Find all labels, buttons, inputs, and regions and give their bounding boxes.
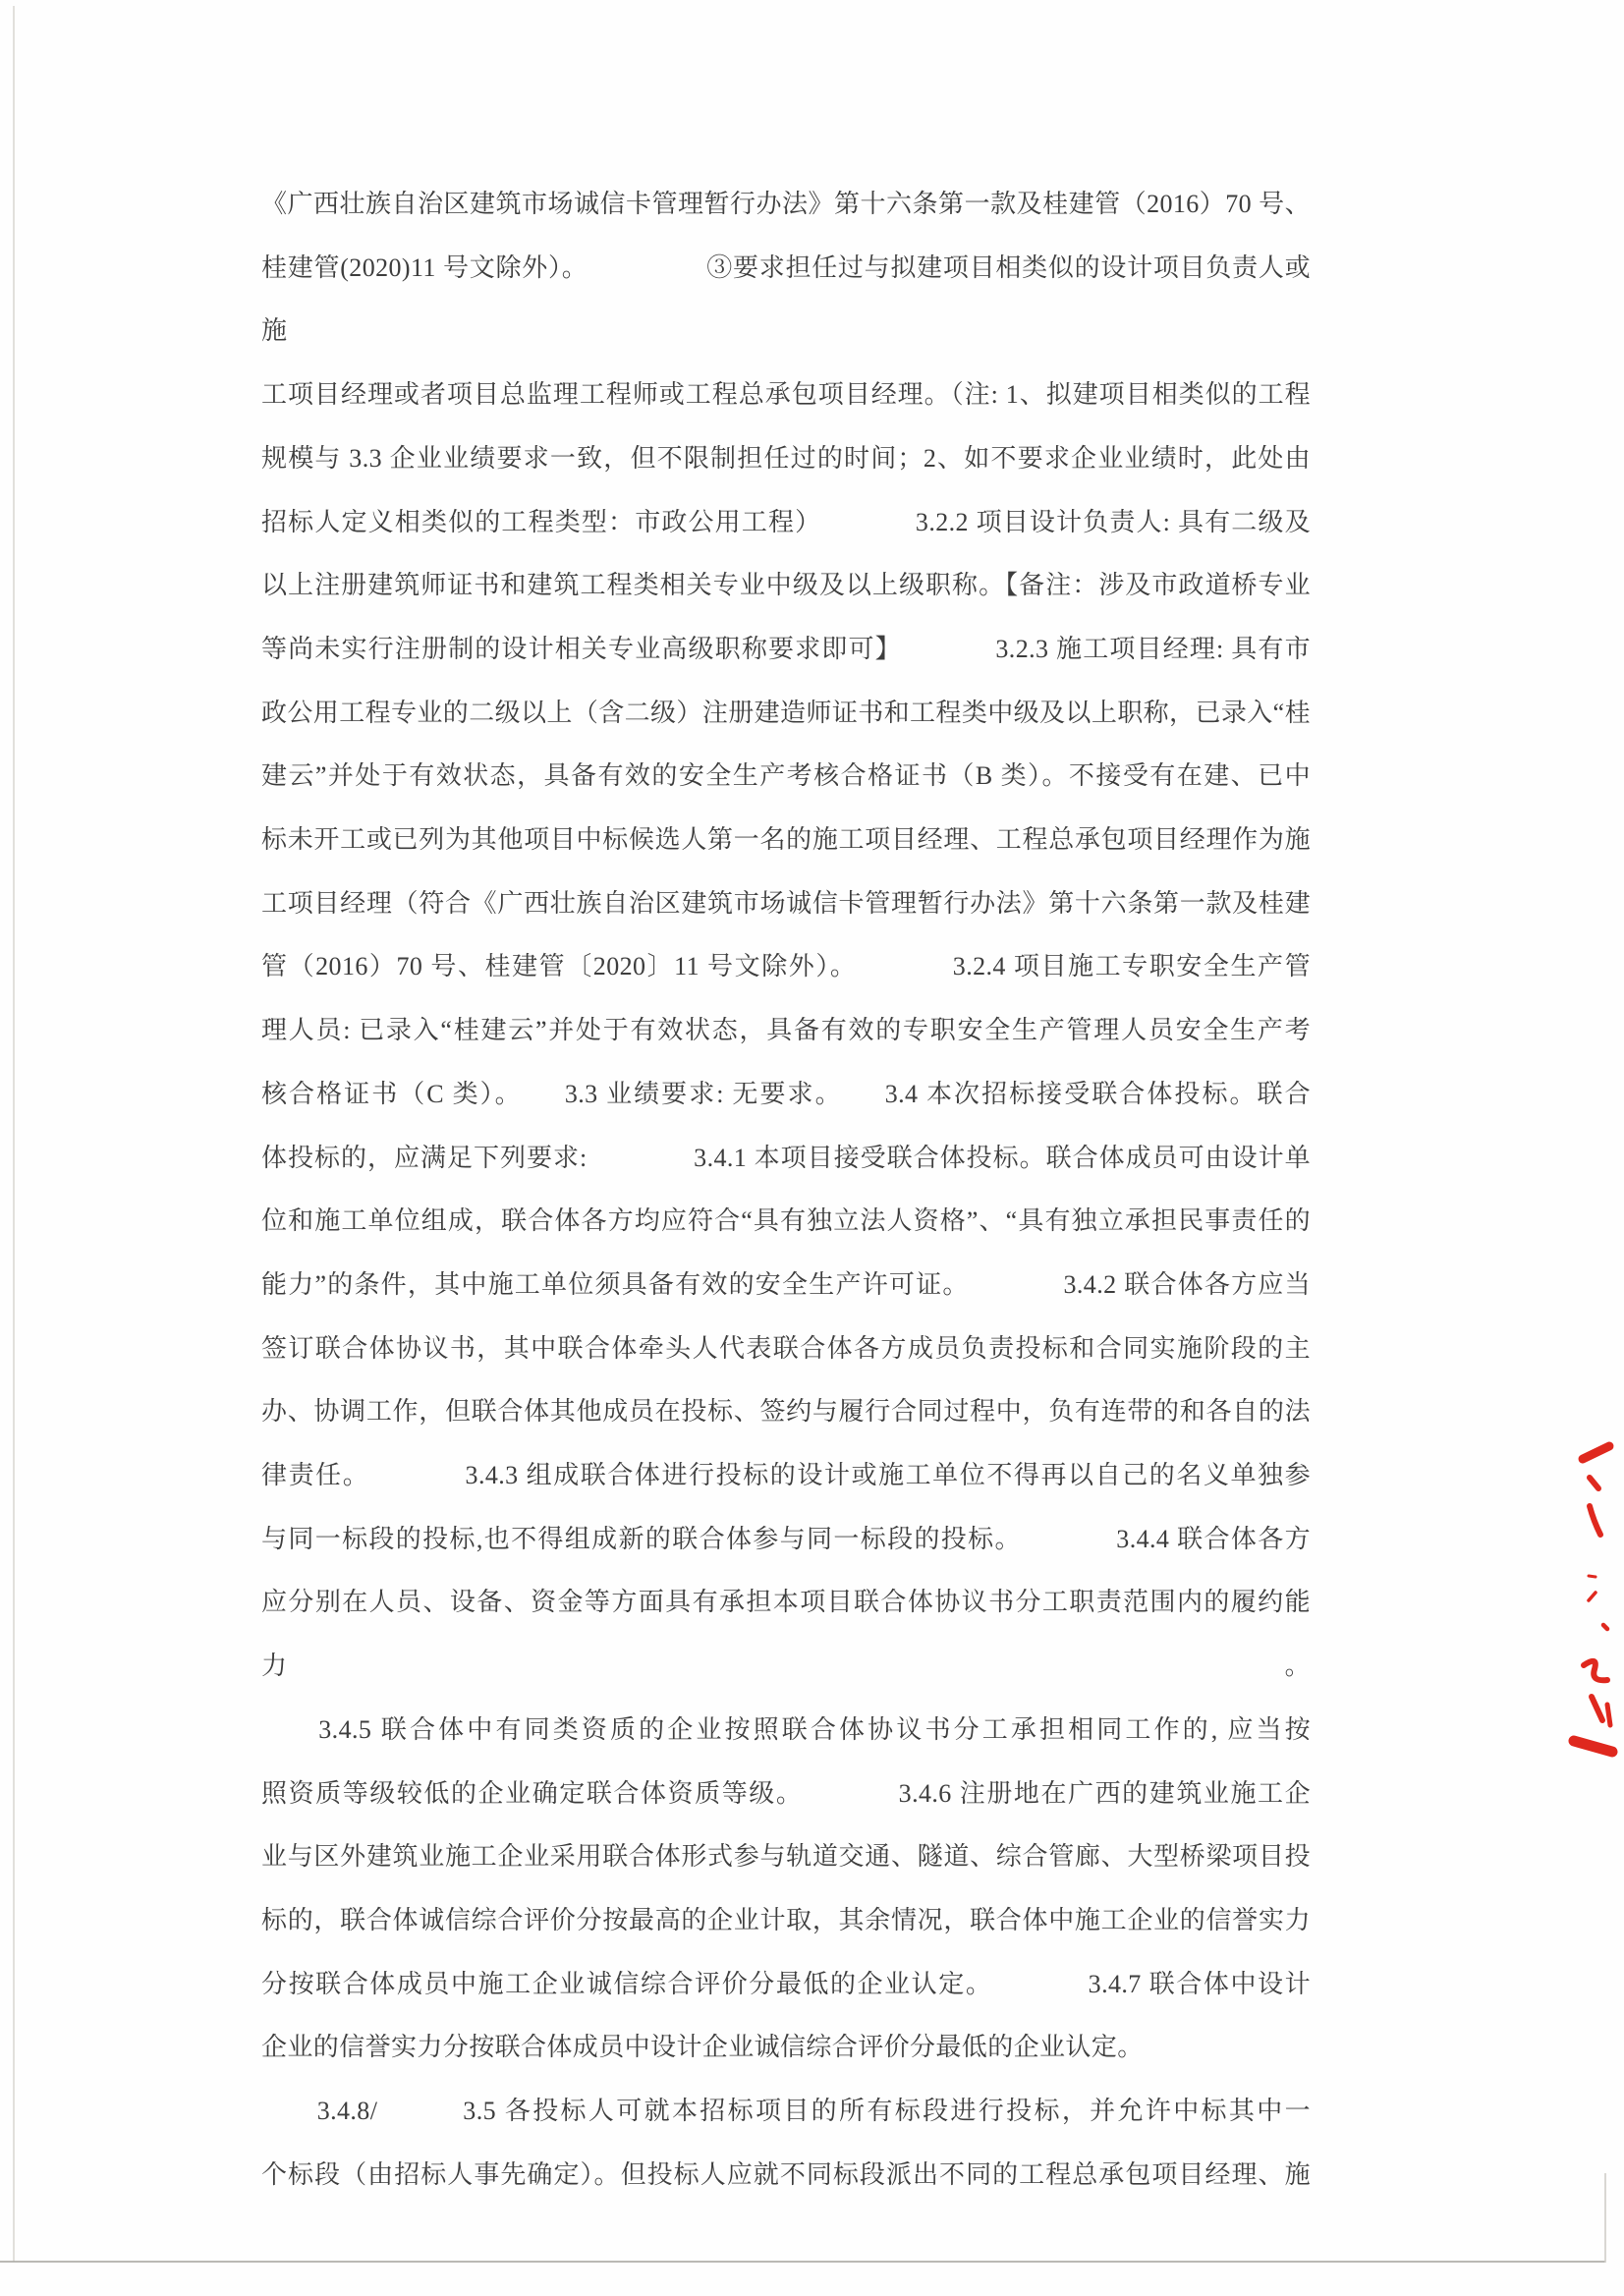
document-text-block: 《广西壮族自治区建筑市场诚信卡管理暂行办法》第十六条第一款及桂建管（2016）7…: [261, 173, 1311, 2208]
text-line: 体投标的，应满足下列要求: 3.4.1 本项目接受联合体投标。联合体成员可由设计…: [261, 1127, 1311, 1191]
red-pen-stroke: [1589, 1593, 1596, 1600]
text-line: 以上注册建筑师证书和建筑工程类相关专业中级及以上级职称。【备注：涉及市政道桥专业: [261, 554, 1311, 618]
text-line: 工项目经理或者项目总监理工程师或工程总承包项目经理。（注: 1、拟建项目相类似的…: [261, 364, 1311, 427]
red-pen-stroke: [1592, 1697, 1602, 1720]
text-line: 工项目经理（符合《广西壮族自治区建筑市场诚信卡管理暂行办法》第十六条第一款及桂建: [261, 872, 1311, 936]
text-line: 3.4.8/ 3.5 各投标人可就本招标项目的所有标段进行投标，并允许中标其中一: [261, 2080, 1311, 2144]
text-line: 建云”并处于有效状态，具备有效的安全生产考核合格证书（B 类）。不接受有在建、已…: [261, 745, 1311, 809]
text-line: 标的，联合体诚信综合评价分按最高的企业计取，其余情况，联合体中施工企业的信誉实力: [261, 1889, 1311, 1953]
red-pen-stroke: [1583, 1446, 1609, 1459]
text-line: 签订联合体协议书，其中联合体牵头人代表联合体各方成员负责投标和合同实施阶段的主: [261, 1317, 1311, 1381]
red-pen-stroke: [1603, 1625, 1607, 1629]
red-pen-stroke: [1590, 1506, 1600, 1535]
red-pen-stroke: [1607, 1705, 1610, 1725]
red-pen-annotation: [1562, 1429, 1624, 1768]
text-line: 分按联合体成员中施工企业诚信综合评价分最低的企业认定。 3.4.7 联合体中设计: [261, 1953, 1311, 2017]
red-pen-stroke: [1590, 1478, 1598, 1488]
text-line: 管（2016）70 号、桂建管〔2020〕11 号文除外）。 3.2.4 项目施…: [261, 935, 1311, 999]
text-line: 规模与 3.3 企业业绩要求一致，但不限制担任过的时间；2、如不要求企业业绩时，…: [261, 427, 1311, 491]
text-line: 理人员: 已录入“桂建云”并处于有效状态，具备有效的专职安全生产管理人员安全生产…: [261, 999, 1311, 1063]
scan-bottom-edge-line: [0, 2261, 1605, 2263]
red-pen-stroke: [1584, 1661, 1607, 1680]
text-line: 办、协调工作，但联合体其他成员在投标、签约与履行合同过程中，负有连带的和各自的法: [261, 1380, 1311, 1444]
text-line: 标未开工或已列为其他项目中标候选人第一名的施工项目经理、工程总承包项目经理作为施: [261, 809, 1311, 872]
text-line: 律责任。 3.4.3 组成联合体进行投标的设计或施工单位不得再以自己的名义单独参: [261, 1444, 1311, 1508]
text-line: 与同一标段的投标,也不得组成新的联合体参与同一标段的投标。 3.4.4 联合体各…: [261, 1508, 1311, 1572]
text-line: 应分别在人员、设备、资金等方面具有承担本项目联合体协议书分工职责范围内的履约能力…: [261, 1571, 1311, 1698]
scan-left-edge-line: [13, 6, 15, 2262]
text-line: 政公用工程专业的二级以上（含二级）注册建造师证书和工程类中级及以上职称，已录入“…: [261, 682, 1311, 746]
text-line: 能力”的条件，其中施工单位须具备有效的安全生产许可证。 3.4.2 联合体各方应…: [261, 1254, 1311, 1317]
text-line: 3.4.5 联合体中有同类资质的企业按照联合体协议书分工承担相同工作的, 应当按: [261, 1699, 1311, 1763]
red-pen-stroke: [1574, 1741, 1612, 1752]
text-line: 个标段（由招标人事先确定）。但投标人应就不同标段派出不同的工程总承包项目经理、施: [261, 2144, 1311, 2208]
text-line: 等尚未实行注册制的设计相关专业高级职称要求即可】 3.2.3 施工项目经理: 具…: [261, 618, 1311, 682]
text-line: 桂建管(2020)11 号文除外）。 ③要求担任过与拟建项目相类似的设计项目负责…: [261, 237, 1311, 364]
text-line: 招标人定义相类似的工程类型：市政公用工程） 3.2.2 项目设计负责人: 具有二…: [261, 491, 1311, 555]
text-line: 核合格证书（C 类）。 3.3 业绩要求: 无要求。 3.4 本次招标接受联合体…: [261, 1063, 1311, 1127]
scan-right-edge-line: [1604, 2173, 1606, 2263]
red-pen-stroke: [1589, 1576, 1596, 1577]
text-line: 照资质等级较低的企业确定联合体资质等级。 3.4.6 注册地在广西的建筑业施工企: [261, 1763, 1311, 1826]
scanned-document-page: 《广西壮族自治区建筑市场诚信卡管理暂行办法》第十六条第一款及桂建管（2016）7…: [0, 0, 1624, 2296]
text-line: 《广西壮族自治区建筑市场诚信卡管理暂行办法》第十六条第一款及桂建管（2016）7…: [261, 173, 1311, 237]
text-line: 企业的信誉实力分按联合体成员中设计企业诚信综合评价分最低的企业认定。: [261, 2016, 1311, 2080]
text-line: 位和施工单位组成，联合体各方均应符合“具有独立法人资格”、“具有独立承担民事责任…: [261, 1190, 1311, 1254]
text-line: 业与区外建筑业施工企业采用联合体形式参与轨道交通、隧道、综合管廊、大型桥梁项目投: [261, 1825, 1311, 1889]
